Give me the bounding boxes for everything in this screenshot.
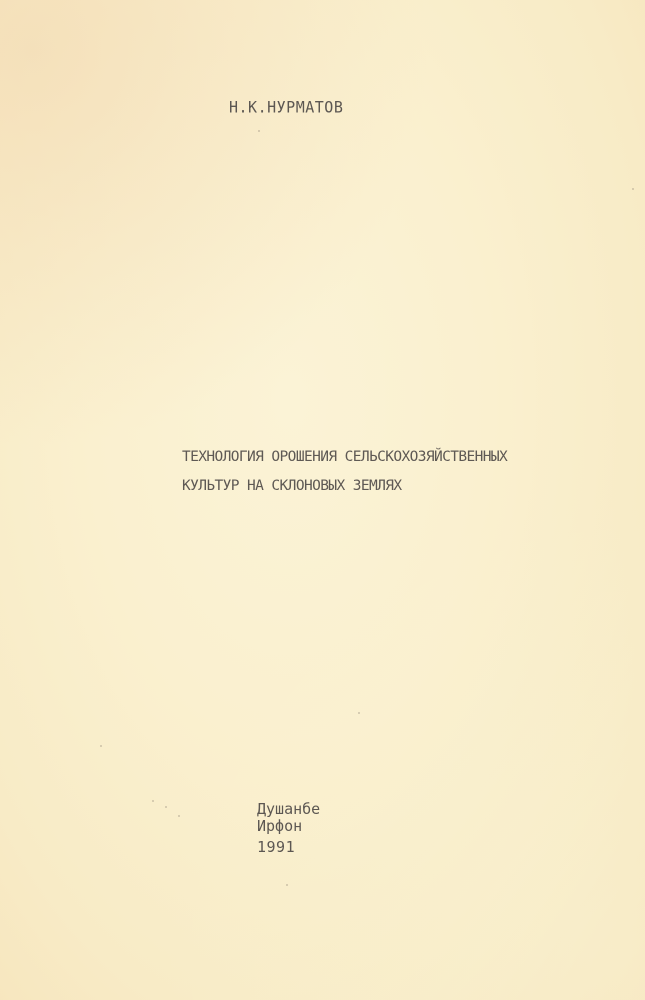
paper-speck <box>632 188 634 190</box>
title-line-2: КУЛЬТУР НА СКЛОНОВЫХ ЗЕМЛЯХ <box>182 472 507 501</box>
paper-speck <box>286 884 288 886</box>
title-page: Н.К.НУРМАТОВ ТЕХНОЛОГИЯ ОРОШЕНИЯ СЕЛЬСКО… <box>0 0 645 1000</box>
title-line-1: ТЕХНОЛОГИЯ ОРОШЕНИЯ СЕЛЬСКОХОЗЯЙСТВЕННЫХ <box>182 443 507 472</box>
imprint-year: 1991 <box>257 839 320 856</box>
paper-speck <box>152 800 154 802</box>
imprint-publisher: Ирфон <box>257 818 320 835</box>
imprint: Душанбе Ирфон 1991 <box>257 801 320 856</box>
paper-speck <box>358 712 360 714</box>
paper-speck <box>165 806 167 808</box>
author-name: Н.К.НУРМАТОВ <box>229 98 343 117</box>
book-title: ТЕХНОЛОГИЯ ОРОШЕНИЯ СЕЛЬСКОХОЗЯЙСТВЕННЫХ… <box>182 443 507 501</box>
imprint-city: Душанбе <box>257 801 320 818</box>
paper-speck <box>100 745 102 747</box>
paper-speck <box>178 815 180 817</box>
paper-speck <box>258 130 260 132</box>
